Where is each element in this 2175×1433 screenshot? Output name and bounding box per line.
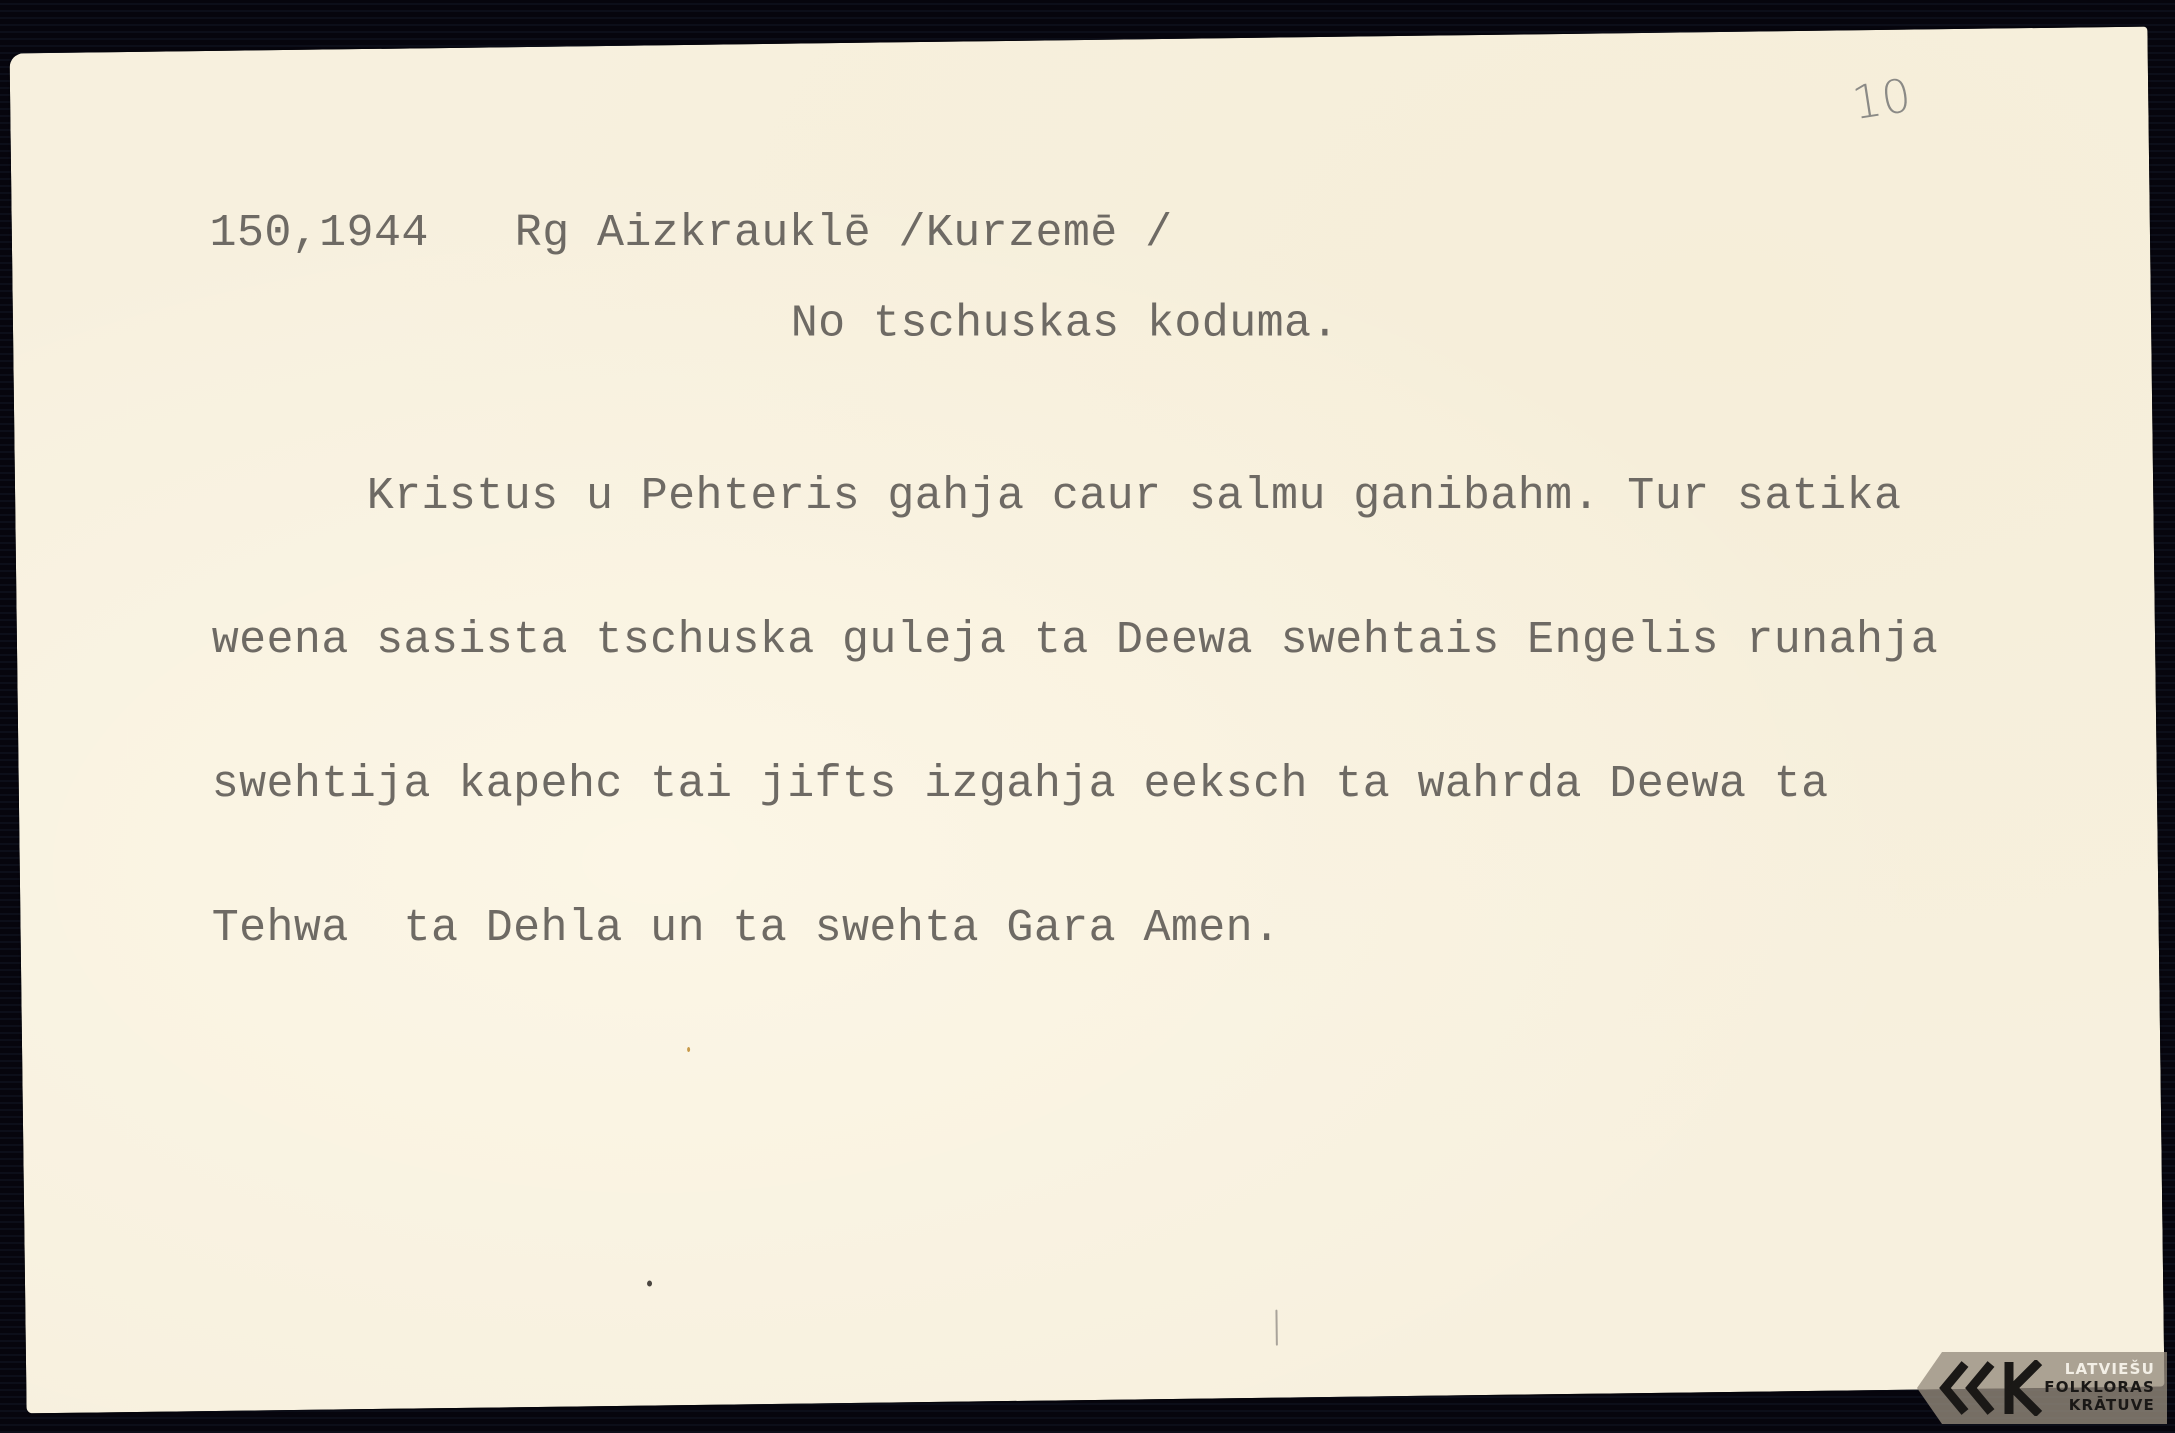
archive-name: LATVIEŠU FOLKLORAS KRĀTUVE (2044, 1360, 2155, 1414)
body-line: swehtija kapehc tai jifts izgahja eeksch… (212, 762, 1938, 816)
record-location: Rg Aizkrauklē /Kurzemē / (515, 208, 1173, 259)
body-line: Tehwa ta Dehla un ta swehta Gara Amen. (212, 906, 1938, 960)
record-number: 150,1944 (210, 208, 429, 259)
handwritten-page-number: 10 (1849, 68, 1915, 130)
card-header: 150,1944Rg Aizkrauklē /Kurzemē / (210, 211, 1173, 256)
index-card: 10 150,1944Rg Aizkrauklē /Kurzemē / No t… (10, 27, 2165, 1414)
body-line: Kristus u Pehteris gahja caur salmu gani… (212, 474, 1938, 528)
scan-background: 10 150,1944Rg Aizkrauklē /Kurzemē / No t… (0, 0, 2175, 1433)
card-title: No tschuskas koduma. (791, 302, 1339, 347)
archive-watermark-logo: LATVIEŠU FOLKLORAS KRĀTUVE (1917, 1352, 2167, 1424)
body-line: weena sasista tschuska guleja ta Deewa s… (212, 618, 1938, 672)
card-body: Kristus u Pehteris gahja caur salmu gani… (212, 384, 1938, 1050)
paper-speck (687, 1047, 690, 1052)
paper-speck (647, 1281, 652, 1287)
lfk-logo-icon (1939, 1360, 2049, 1416)
paper-speck (1275, 1310, 1277, 1346)
